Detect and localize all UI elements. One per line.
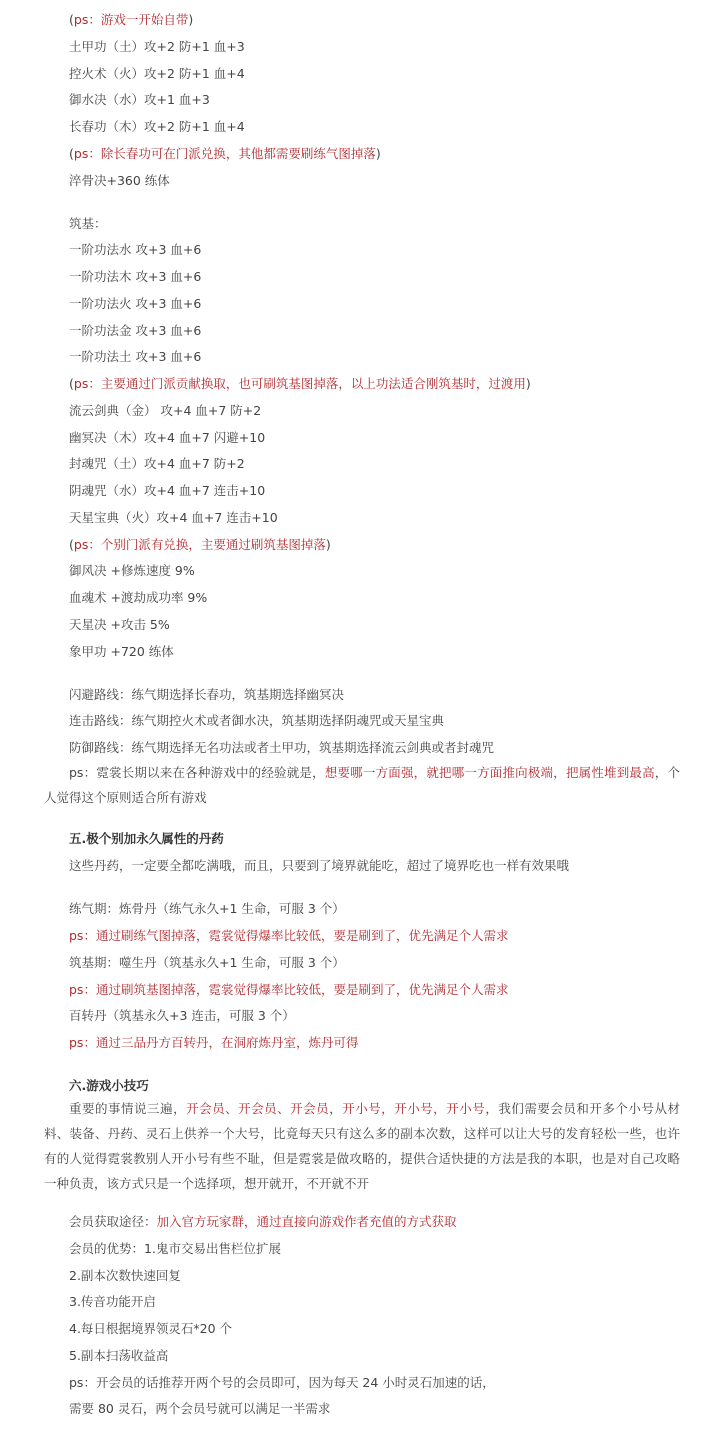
note-tier2: (ps：个别门派有兑换，主要通过刷筑基图掉落) [69,536,331,554]
para-sep: ， [329,1101,342,1116]
tier2-item: 流云剑典（金） 攻+4 血+7 防+2 [69,402,261,420]
final-note: ps：开会员的话推荐开两个号的会员即可，因为每天 24 小时灵石加速的话， [69,1374,495,1392]
benefit-item: 1.鬼市交易出售栏位扩展 [144,1241,281,1256]
gongfa-item: 土甲功（土）攻+2 防+1 血+3 [69,38,245,56]
tier2-item: 阴魂咒（水）攻+4 血+7 连击+10 [69,482,265,500]
pill-item: 筑基期：噬生丹（筑基永久+1 生命，可服 3 个） [69,954,345,972]
note-prefix: ps：霓裳长期以来在各种游戏中的经验就是， [69,765,325,780]
note-highlight: 想要哪一方面强，就把哪一方面推向极端，把属性堆到最高 [325,765,655,780]
member-benefits: 会员的优势：1.鬼市交易出售栏位扩展 [69,1240,281,1258]
paren-close: ) [376,146,381,161]
pill-note: ps：通过刷练气图掉落，霓裳觉得爆率比较低，要是刷到了，优先满足个人需求 [69,927,508,945]
benefits-label: 会员的优势： [69,1241,144,1256]
route-defense: 防御路线：练气期选择无名功法或者土甲功，筑基期选择流云剑典或者封魂咒 [69,739,494,757]
paren-close: ) [188,12,193,27]
note-tier1: (ps：主要通过门派贡献换取，也可刷筑基图掉落，以上功法适合刚筑基时，过渡用) [69,375,531,393]
para-prefix: 重要的事情说三遍， [69,1101,186,1116]
note-text: ps：个别门派有兑换，主要通过刷筑基图掉落 [74,537,326,552]
highlight-alt-account: 开小号，开小号，开小号 [342,1101,485,1116]
tier2-item: 幽冥决（木）攻+4 血+7 闪避+10 [69,429,265,447]
member-label: 会员获取途径： [69,1214,157,1229]
tier1-item: 一阶功法水 攻+3 血+6 [69,241,201,259]
paren-close: ) [326,537,331,552]
note-default-gongfa: (ps：游戏一开始自带) [69,11,193,29]
member-value: 加入官方玩家群，通过直接向游戏作者充值的方式获取 [157,1214,457,1229]
note-text: ps：除长春功可在门派兑换，其他都需要刷练气图掉落 [74,146,376,161]
tier2-item: 天星宝典（火）攻+4 血+7 连击+10 [69,509,278,527]
benefit-item: 2.副本次数快速回复 [69,1267,181,1285]
note-text: ps：游戏一开始自带 [74,12,188,27]
pill-item: 百转丹（筑基永久+3 连击，可服 3 个） [69,1007,295,1025]
benefit-item: 4.每日根据境界领灵石*20 个 [69,1320,232,1338]
route-combo: 连击路线：练气期控火术或者御水决，筑基期选择阴魂咒或天星宝典 [69,712,444,730]
route-dodge: 闪避路线：练气期选择长春功，筑基期选择幽冥决 [69,686,344,704]
paren-close: ) [526,376,531,391]
tier1-item: 一阶功法土 攻+3 血+6 [69,348,201,366]
tier2-item: 封魂咒（土）攻+4 血+7 防+2 [69,455,245,473]
tier1-item: 一阶功法木 攻+3 血+6 [69,268,201,286]
benefit-item: 3.传音功能开启 [69,1293,156,1311]
section6-title: 六.游戏小技巧 [69,1077,149,1095]
zhuji-heading: 筑基： [69,215,107,233]
benefit-item: 5.副本扫荡收益高 [69,1347,168,1365]
pill-note: ps：通过三品丹方百转丹，在洞府炼丹室，炼丹可得 [69,1034,358,1052]
tier1-item: 一阶功法火 攻+3 血+6 [69,295,201,313]
section6-paragraph: 重要的事情说三遍，开会员、开会员、开会员，开小号，开小号，开小号，我们需要会员和… [44,1096,680,1196]
special-item: 御风决 +修炼速度 9% [69,562,195,580]
section5-title: 五.极个别加永久属性的丹药 [69,830,224,848]
gongfa-item: 御水决（水）攻+1 血+3 [69,91,210,109]
highlight-member: 开会员、开会员、开会员 [186,1101,329,1116]
member-acquire: 会员获取途径：加入官方玩家群，通过直接向游戏作者充值的方式获取 [69,1213,457,1231]
final-note-cont: 需要 80 灵石，两个会员号就可以满足一半需求 [69,1400,330,1418]
special-item: 天星决 +攻击 5% [69,616,170,634]
gongfa-extra: 淬骨决+360 练体 [69,172,170,190]
pill-item: 练气期：炼骨丹（练气永久+1 生命，可服 3 个） [69,900,345,918]
gongfa-item: 长春功（木）攻+2 防+1 血+4 [69,118,245,136]
section5-intro: 这些丹药，一定要全都吃满哦，而且，只要到了境界就能吃，超过了境界吃也一样有效果哦 [69,857,569,875]
special-item: 象甲功 +720 练体 [69,643,174,661]
gongfa-item: 控火术（火）攻+2 防+1 血+4 [69,65,245,83]
pill-note: ps：通过刷筑基图掉落，霓裳觉得爆率比较低，要是刷到了，优先满足个人需求 [69,981,508,999]
note-drop: (ps：除长春功可在门派兑换，其他都需要刷练气图掉落) [69,145,381,163]
special-item: 血魂术 +渡劫成功率 9% [69,589,207,607]
note-text: ps：主要通过门派贡献换取，也可刷筑基图掉落，以上功法适合刚筑基时，过渡用 [74,376,526,391]
routes-note: ps：霓裳长期以来在各种游戏中的经验就是，想要哪一方面强，就把哪一方面推向极端，… [44,760,680,810]
tier1-item: 一阶功法金 攻+3 血+6 [69,322,201,340]
